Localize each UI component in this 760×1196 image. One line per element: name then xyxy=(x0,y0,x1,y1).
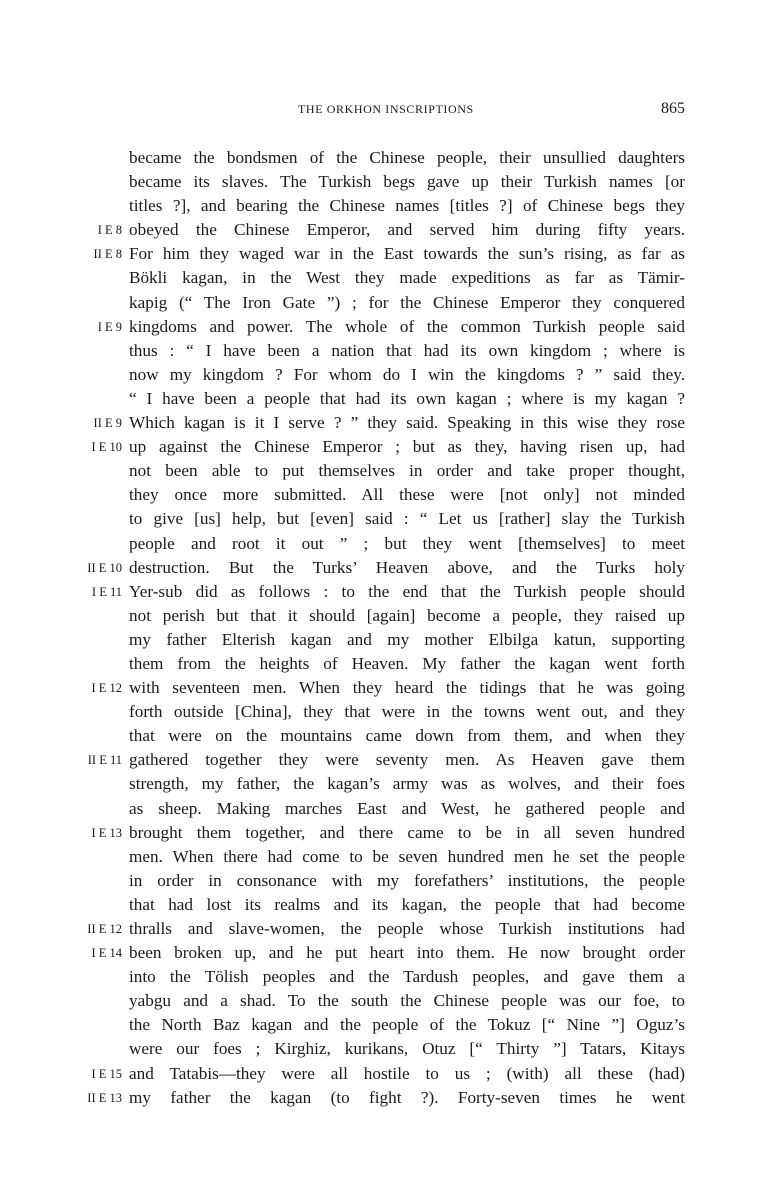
text-line: I E 12with seventeen men. When they hear… xyxy=(0,676,760,700)
line-text: destruction. But the Turks’ Heaven above… xyxy=(129,556,685,580)
line-text: “ I have been a people that had its own … xyxy=(129,387,685,411)
line-text: to give [us] help, but [even] said : “ L… xyxy=(129,507,685,531)
text-line: them from the heights of Heaven. My fath… xyxy=(0,652,760,676)
line-text: up against the Chinese Emperor ; but as … xyxy=(129,435,685,459)
text-line: I E 8obeyed the Chinese Emperor, and ser… xyxy=(0,218,760,242)
line-text: gathered together they were seventy men.… xyxy=(129,748,685,772)
line-reference-marker: II E 12 xyxy=(40,917,122,941)
line-reference-marker: II E 10 xyxy=(40,556,122,580)
line-text: been broken up, and he put heart into th… xyxy=(129,941,685,965)
line-reference-marker: I E 9 xyxy=(40,315,122,339)
text-line: I E 11Yer-sub did as follows : to the en… xyxy=(0,580,760,604)
line-text: yabgu and a shad. To the south the Chine… xyxy=(129,989,685,1013)
line-text: became its slaves. The Turkish begs gave… xyxy=(129,170,685,194)
text-line: I E 9kingdoms and power. The whole of th… xyxy=(0,315,760,339)
text-line: they once more submitted. All these were… xyxy=(0,483,760,507)
text-line: my father Elterish kagan and my mother E… xyxy=(0,628,760,652)
line-text: into the Tölish peoples and the Tardush … xyxy=(129,965,685,989)
line-text: Bökli kagan, in the West they made exped… xyxy=(129,266,685,290)
text-line: not perish but that it should [again] be… xyxy=(0,604,760,628)
text-line: men. When there had come to be seven hun… xyxy=(0,845,760,869)
line-text: men. When there had come to be seven hun… xyxy=(129,845,685,869)
text-line: thus : “ I have been a nation that had i… xyxy=(0,339,760,363)
line-text: were our foes ; Kirghiz, kurikans, Otuz … xyxy=(129,1037,685,1061)
line-text: Yer-sub did as follows : to the end that… xyxy=(129,580,685,604)
line-text: and Tatabis—they were all hostile to us … xyxy=(129,1062,685,1086)
line-text: in order in consonance with my forefathe… xyxy=(129,869,685,893)
text-line: became its slaves. The Turkish begs gave… xyxy=(0,170,760,194)
line-text: my father Elterish kagan and my mother E… xyxy=(129,628,685,652)
line-reference-marker: II E 11 xyxy=(40,748,122,772)
line-text: not been able to put themselves in order… xyxy=(129,459,685,483)
text-line: Bökli kagan, in the West they made exped… xyxy=(0,266,760,290)
line-text: they once more submitted. All these were… xyxy=(129,483,685,507)
line-text: became the bondsmen of the Chinese peopl… xyxy=(129,146,685,170)
text-line: kapig (“ The Iron Gate ”) ; for the Chin… xyxy=(0,291,760,315)
line-text: forth outside [China], they that were in… xyxy=(129,700,685,724)
line-reference-marker: I E 11 xyxy=(40,580,122,604)
text-line: people and root it out ” ; but they went… xyxy=(0,532,760,556)
text-line: II E 10destruction. But the Turks’ Heave… xyxy=(0,556,760,580)
text-line: now my kingdom ? For whom do I win the k… xyxy=(0,363,760,387)
line-text: my father the kagan (to fight ?). Forty-… xyxy=(129,1086,685,1110)
text-line: that were on the mountains came down fro… xyxy=(0,724,760,748)
page-body: became the bondsmen of the Chinese peopl… xyxy=(0,146,760,1110)
line-text: thus : “ I have been a nation that had i… xyxy=(129,339,685,363)
line-text: not perish but that it should [again] be… xyxy=(129,604,685,628)
line-text: kingdoms and power. The whole of the com… xyxy=(129,315,685,339)
line-reference-marker: I E 14 xyxy=(40,941,122,965)
line-text: strength, my father, the kagan’s army wa… xyxy=(129,772,685,796)
line-text: that were on the mountains came down fro… xyxy=(129,724,685,748)
text-line: II E 13my father the kagan (to fight ?).… xyxy=(0,1086,760,1110)
line-text: the North Baz kagan and the people of th… xyxy=(129,1013,685,1037)
text-line: I E 10up against the Chinese Emperor ; b… xyxy=(0,435,760,459)
text-line: I E 14been broken up, and he put heart i… xyxy=(0,941,760,965)
text-line: strength, my father, the kagan’s army wa… xyxy=(0,772,760,796)
text-line: into the Tölish peoples and the Tardush … xyxy=(0,965,760,989)
text-line: in order in consonance with my forefathe… xyxy=(0,869,760,893)
line-text: people and root it out ” ; but they went… xyxy=(129,532,685,556)
text-line: II E 9Which kagan is it I serve ? ” they… xyxy=(0,411,760,435)
text-line: the North Baz kagan and the people of th… xyxy=(0,1013,760,1037)
line-reference-marker: II E 13 xyxy=(40,1086,122,1110)
line-text: now my kingdom ? For whom do I win the k… xyxy=(129,363,685,387)
text-line: titles ?], and bearing the Chinese names… xyxy=(0,194,760,218)
text-line: II E 12thralls and slave-women, the peop… xyxy=(0,917,760,941)
line-text: For him they waged war in the East towar… xyxy=(129,242,685,266)
line-text: Which kagan is it I serve ? ” they said.… xyxy=(129,411,685,435)
line-text: titles ?], and bearing the Chinese names… xyxy=(129,194,685,218)
text-line: “ I have been a people that had its own … xyxy=(0,387,760,411)
line-text: obeyed the Chinese Emperor, and served h… xyxy=(129,218,685,242)
line-reference-marker: I E 13 xyxy=(40,821,122,845)
line-text: that had lost its realms and its kagan, … xyxy=(129,893,685,917)
text-line: I E 15and Tatabis—they were all hostile … xyxy=(0,1062,760,1086)
page-header: THE ORKHON INSCRIPTIONS 865 xyxy=(0,100,760,122)
line-reference-marker: I E 15 xyxy=(40,1062,122,1086)
text-line: were our foes ; Kirghiz, kurikans, Otuz … xyxy=(0,1037,760,1061)
line-text: them from the heights of Heaven. My fath… xyxy=(129,652,685,676)
text-line: that had lost its realms and its kagan, … xyxy=(0,893,760,917)
text-line: not been able to put themselves in order… xyxy=(0,459,760,483)
page-number: 865 xyxy=(661,100,685,118)
line-text: as sheep. Making marches East and West, … xyxy=(129,797,685,821)
line-text: kapig (“ The Iron Gate ”) ; for the Chin… xyxy=(129,291,685,315)
line-reference-marker: I E 8 xyxy=(40,218,122,242)
text-line: became the bondsmen of the Chinese peopl… xyxy=(0,146,760,170)
running-title: THE ORKHON INSCRIPTIONS xyxy=(298,102,474,117)
text-line: I E 13brought them together, and there c… xyxy=(0,821,760,845)
text-line: yabgu and a shad. To the south the Chine… xyxy=(0,989,760,1013)
text-line: forth outside [China], they that were in… xyxy=(0,700,760,724)
line-reference-marker: II E 9 xyxy=(40,411,122,435)
line-text: thralls and slave-women, the people whos… xyxy=(129,917,685,941)
text-line: II E 8For him they waged war in the East… xyxy=(0,242,760,266)
text-line: to give [us] help, but [even] said : “ L… xyxy=(0,507,760,531)
line-reference-marker: I E 12 xyxy=(40,676,122,700)
text-line: as sheep. Making marches East and West, … xyxy=(0,797,760,821)
line-text: with seventeen men. When they heard the … xyxy=(129,676,685,700)
line-reference-marker: I E 10 xyxy=(40,435,122,459)
text-line: II E 11gathered together they were seven… xyxy=(0,748,760,772)
line-reference-marker: II E 8 xyxy=(40,242,122,266)
line-text: brought them together, and there came to… xyxy=(129,821,685,845)
